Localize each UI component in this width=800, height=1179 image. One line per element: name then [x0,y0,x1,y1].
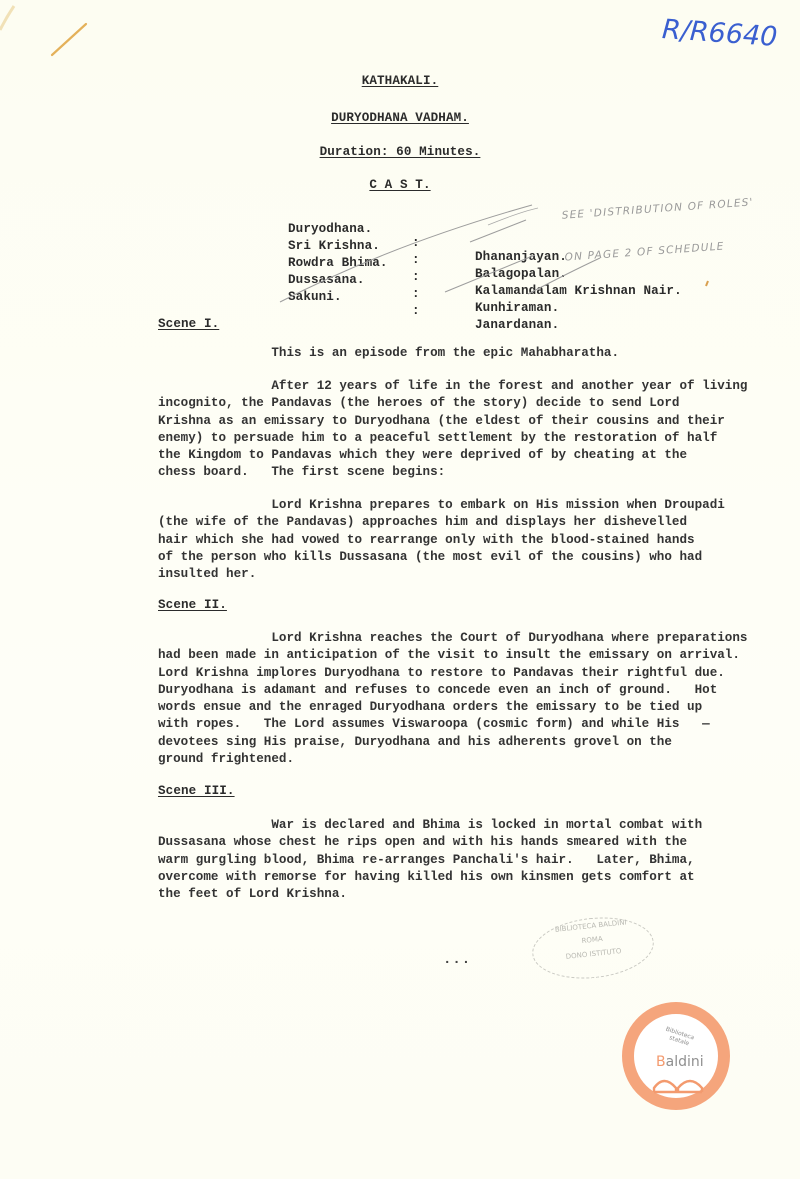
logo-wordmark-rest: aldini [666,1054,704,1070]
cast-row: Sri Krishna. : Balagopalan. [0,225,46,242]
library-stamp: BIBLIOTECA BALDINI ROMA DONO ISTITUTO [529,912,657,984]
cast-row: Dussasana. : Kunhiraman. [0,259,46,276]
scene-2-paragraph-1: Lord Krishna reaches the Court of Duryod… [158,630,798,768]
corner-stain-mark [0,0,120,80]
cast-actor: Janardanan. [475,318,559,332]
scene-1-paragraph-1: This is an episode from the epic Mahabha… [158,345,798,362]
cast-row: Rowdra Bhima. : Kalamandalam Krishnan Na… [0,242,46,259]
scene-1-paragraph-2: After 12 years of life in the forest and… [158,378,798,482]
cast-row: Duryodhana. : Dhananjayan. [0,208,46,225]
pencil-strike-lines [270,200,730,310]
logo-wordmark-initial: B [656,1054,666,1070]
duration-line: Duration: 60 Minutes. [0,145,800,159]
baldini-library-logo: Biblioteca statale Baldini [622,1002,730,1110]
handwritten-catalog-number: R/R6640 [661,14,778,53]
document-subtitle: DURYODHANA VADHAM. [0,111,800,125]
end-ellipsis: ... [443,952,471,968]
open-book-icon [652,1072,704,1094]
scene-1-heading: Scene I. [158,317,219,331]
scene-2-heading: Scene II. [158,598,227,612]
document-page: R/R6640 KATHAKALI. DURYODHANA VADHAM. Du… [0,0,800,1179]
scene-3-heading: Scene III. [158,784,235,798]
logo-wordmark: Baldini [656,1054,704,1070]
scene-3-paragraph-1: War is declared and Bhima is locked in m… [158,817,798,903]
logo-subtitle: Biblioteca statale [663,1026,696,1048]
cast-row: Sakuni. : Janardanan. [0,276,46,293]
document-title: KATHAKALI. [0,74,800,88]
scene-1-paragraph-3: Lord Krishna prepares to embark on His m… [158,497,798,583]
